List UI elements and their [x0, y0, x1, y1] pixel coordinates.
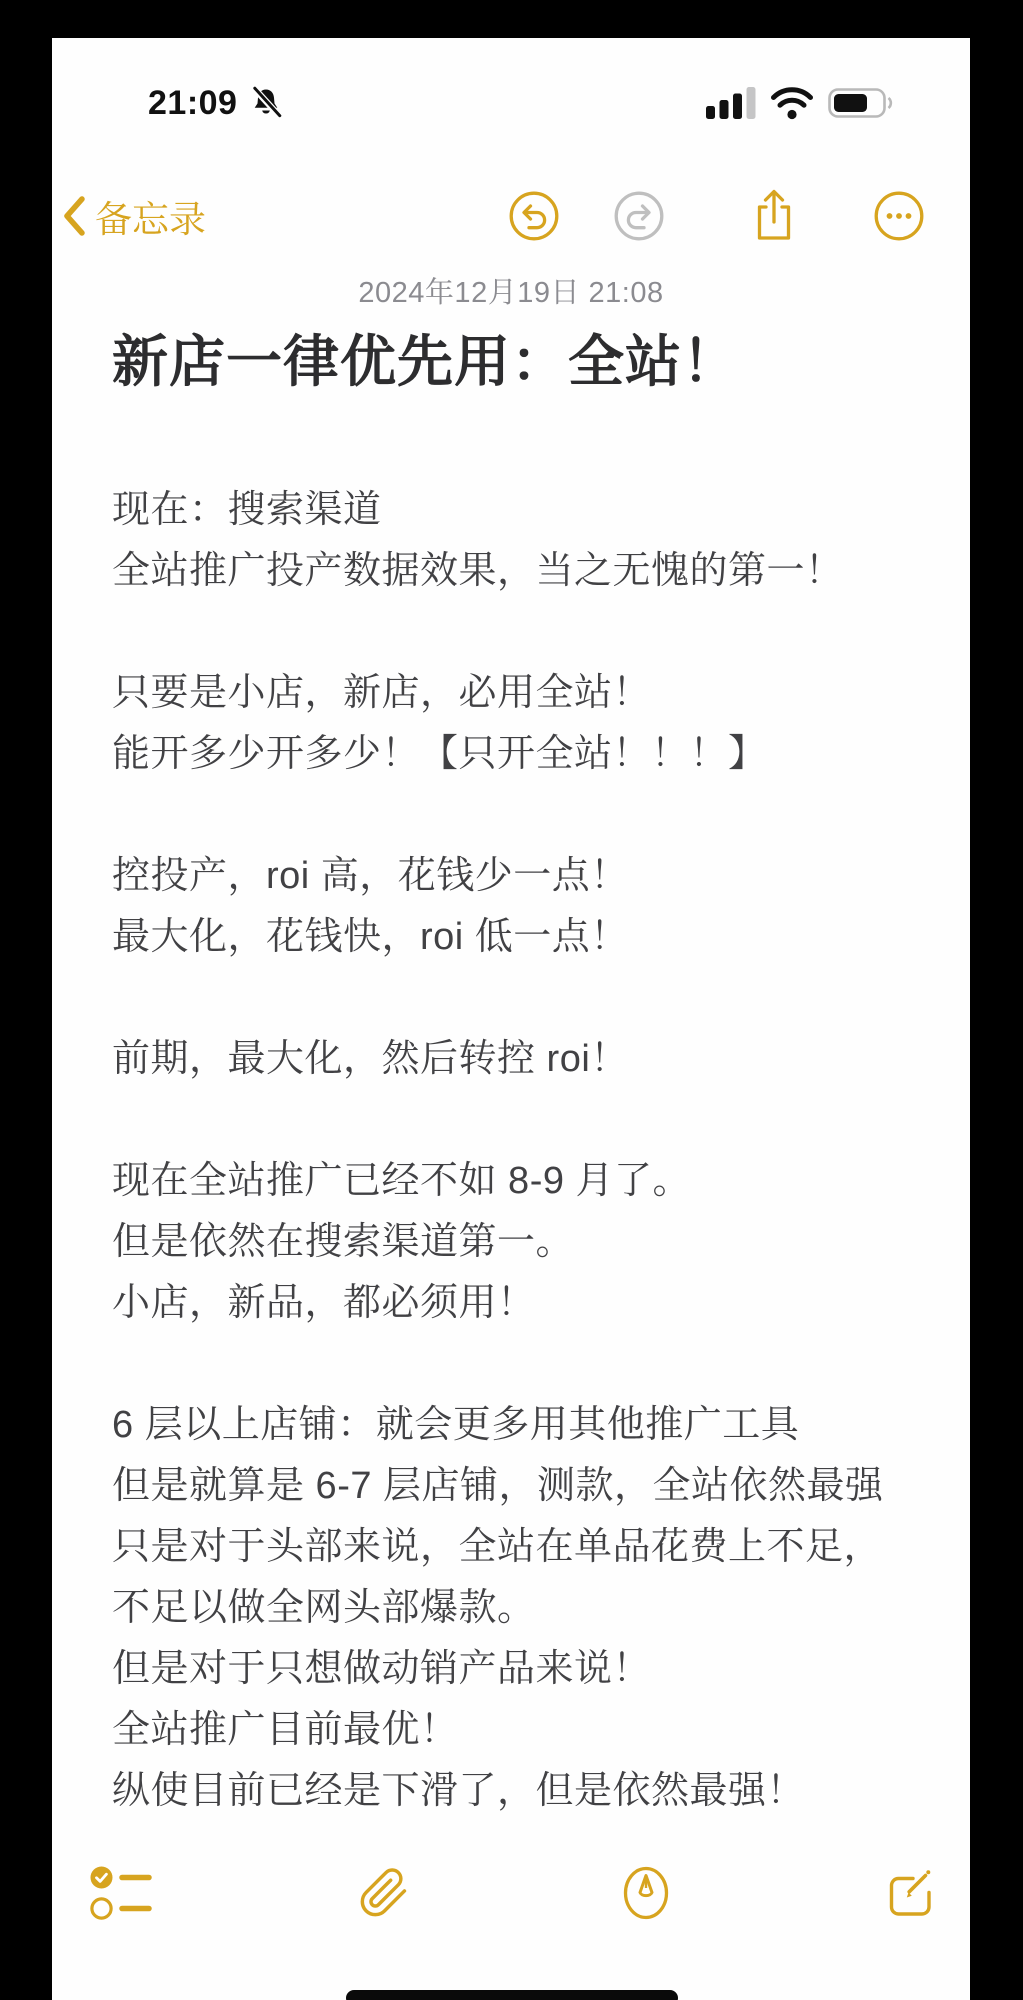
note-line: 只要是小店，新店，必用全站！ [112, 663, 954, 724]
bell-slash-icon [247, 85, 285, 121]
redo-icon [613, 190, 665, 242]
note-line: 现在：搜索渠道 [112, 480, 954, 541]
redo-button[interactable] [611, 188, 667, 244]
markup-button[interactable] [613, 1860, 679, 1926]
note-line: 纵使目前已经是下滑了，但是依然最强！ [112, 1761, 954, 1822]
battery-icon [828, 88, 894, 118]
note-title[interactable]: 新店一律优先用：全站！ [112, 330, 946, 394]
note-line: 最大化，花钱快，roi 低一点！ [112, 907, 954, 968]
home-indicator[interactable] [346, 1990, 678, 2000]
ellipsis-circle-icon [873, 190, 925, 242]
note-empty-line [112, 1090, 954, 1151]
back-button[interactable]: 备忘录 [62, 188, 206, 244]
undo-icon [508, 190, 560, 242]
wifi-icon [770, 87, 814, 120]
note-line: 能开多少开多少！【只开全站！！！】 [112, 724, 954, 785]
note-line: 6 层以上店铺：就会更多用其他推广工具 [112, 1395, 954, 1456]
compose-icon [882, 1865, 936, 1921]
attachment-button[interactable] [351, 1860, 417, 1926]
nav-bar: 备忘录 [52, 188, 970, 244]
phone-screen: 21:09 [52, 38, 970, 2000]
status-time: 21:09 [148, 84, 237, 123]
note-empty-line [112, 785, 954, 846]
note-line: 小店，新品，都必须用！ [112, 1273, 954, 1334]
note-line: 现在全站推广已经不如 8-9 月了。 [112, 1151, 954, 1212]
paperclip-icon [358, 1864, 410, 1922]
notes-toolbar [52, 1860, 970, 1926]
compose-button[interactable] [876, 1860, 942, 1926]
checklist-button[interactable] [88, 1860, 154, 1926]
note-line: 前期，最大化，然后转控 roi！ [112, 1029, 954, 1090]
checklist-icon [89, 1864, 153, 1922]
note-empty-line [112, 602, 954, 663]
share-icon [750, 185, 798, 247]
more-button[interactable] [871, 188, 927, 244]
note-line: 不足以做全网头部爆款。 [112, 1578, 954, 1639]
note-empty-line [112, 968, 954, 1029]
note-line: 但是依然在搜索渠道第一。 [112, 1212, 954, 1273]
note-date: 2024年12月19日 21:08 [52, 270, 970, 311]
note-line: 但是对于只想做动销产品来说！ [112, 1639, 954, 1700]
note-line: 只是对于头部来说，全站在单品花费上不足， [112, 1517, 954, 1578]
note-line: 全站推广投产数据效果，当之无愧的第一！ [112, 541, 954, 602]
chevron-left-icon [62, 195, 86, 237]
cellular-signal-icon [706, 87, 756, 119]
note-line: 控投产，roi 高，花钱少一点！ [112, 846, 954, 907]
note-body[interactable]: 现在：搜索渠道全站推广投产数据效果，当之无愧的第一！只要是小店，新店，必用全站！… [112, 480, 954, 1822]
markup-pen-icon [621, 1863, 671, 1923]
status-bar: 21:09 [52, 80, 970, 126]
note-empty-line [112, 1334, 954, 1395]
undo-button[interactable] [506, 188, 562, 244]
share-button[interactable] [746, 188, 802, 244]
note-line: 全站推广目前最优！ [112, 1700, 954, 1761]
back-button-label: 备忘录 [95, 189, 206, 243]
note-line: 但是就算是 6-7 层店铺，测款，全站依然最强 [112, 1456, 954, 1517]
